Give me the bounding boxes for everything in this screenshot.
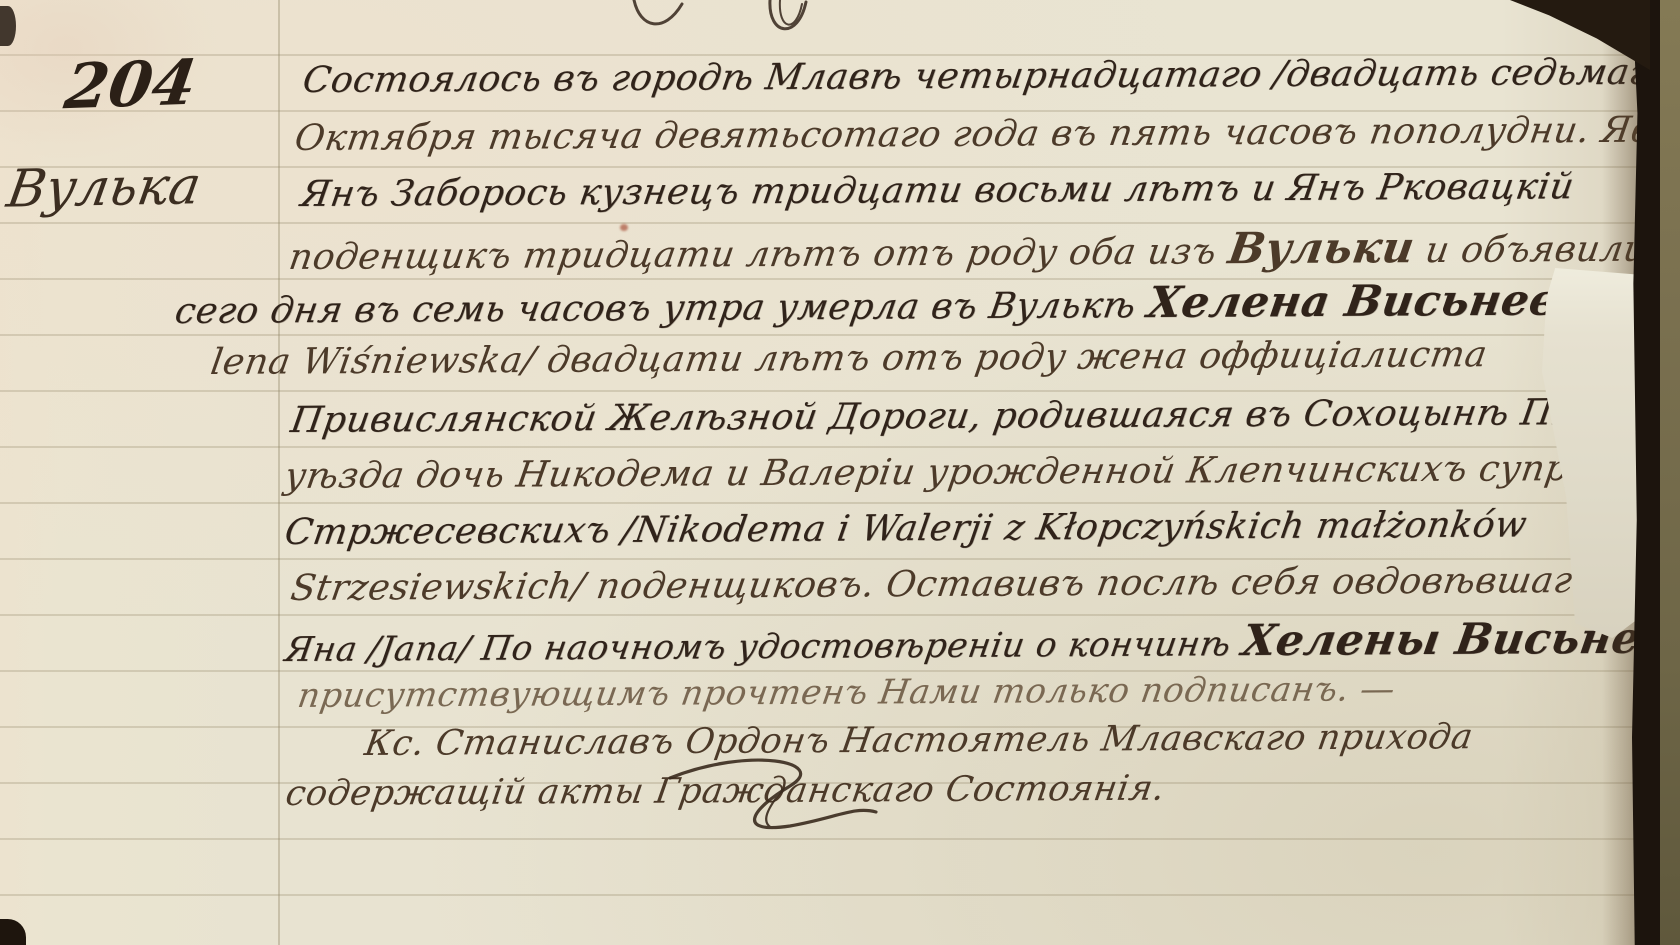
signature-flourish [640, 756, 940, 856]
manuscript-line: Стржесевскихъ /Nikodema i Walerji z Kłop… [282, 504, 1530, 553]
manuscript-line: присутствующимъ прочтенъ Нами только под… [295, 669, 1398, 716]
line-text: присутствующимъ прочтенъ Нами только под… [295, 669, 1398, 716]
previous-entry-flourish [620, 0, 940, 48]
manuscript-line: Strzesiewskich/ поденщиковъ. Оставивъ по… [288, 559, 1680, 609]
margin-separator-line [278, 0, 280, 945]
corner-mark-top [0, 6, 16, 46]
ink-blot [620, 224, 628, 231]
manuscript-line: уѣзда дочь Никодема и Валеріи урожденной… [282, 448, 1680, 497]
line-text: Октября тысяча девятьсотаго года въ пять… [292, 109, 1680, 159]
manuscript-line: Янъ Заборось кузнецъ тридцати восьми лѣт… [298, 166, 1577, 215]
manuscript-line: Состоялось въ городѣ Млавѣ четырнадцатаг… [300, 52, 1680, 101]
line-text: Привислянской Желѣзной Дороги, родившаяс… [288, 391, 1680, 441]
manuscript-line: lena Wiśniewska/ двадцати лѣтъ отъ роду … [208, 334, 1490, 383]
manuscript-line: Октября тысяча девятьсотаго года въ пять… [292, 109, 1680, 159]
register-page: 204 Вулька Состоялось въ городѣ Млавѣ че… [0, 0, 1680, 945]
line-text: Янъ Заборось кузнецъ тридцати восьми лѣт… [298, 166, 1577, 215]
line-text: Яна /Jana/ По наочномъ удостовѣреніи о к… [282, 624, 1245, 670]
margin-place-name: Вулька [3, 156, 205, 219]
entry-number: 204 [60, 46, 200, 123]
corner-mark-bottom [0, 919, 26, 945]
line-text: сего дня въ семь часовъ утра умерла въ В… [172, 285, 1150, 332]
line-text: Стржесевскихъ /Nikodema i Walerji z Kłop… [282, 504, 1530, 553]
manuscript-line: Привислянской Желѣзной Дороги, родившаяс… [288, 391, 1680, 441]
line-text: уѣзда дочь Никодема и Валеріи урожденной… [282, 448, 1680, 497]
line-text: Strzesiewskich/ поденщиковъ. Оставивъ по… [288, 559, 1680, 609]
manuscript-line: поденщикъ тридцати лѣтъ отъ роду оба изъ… [286, 221, 1680, 280]
manuscript-line: Яна /Jana/ По наочномъ удостовѣреніи о к… [282, 612, 1680, 672]
line-text: поденщикъ тридцати лѣтъ отъ роду оба изъ [286, 231, 1231, 278]
line-text: lena Wiśniewska/ двадцати лѣтъ отъ роду … [208, 334, 1490, 383]
line-text: Состоялось въ городѣ Млавѣ четырнадцатаг… [300, 52, 1680, 101]
binding-edge [1660, 0, 1680, 945]
manuscript-line: сего дня въ семь часовъ утра умерла въ В… [172, 274, 1680, 334]
emphasized-name: Вульки [1225, 223, 1418, 274]
